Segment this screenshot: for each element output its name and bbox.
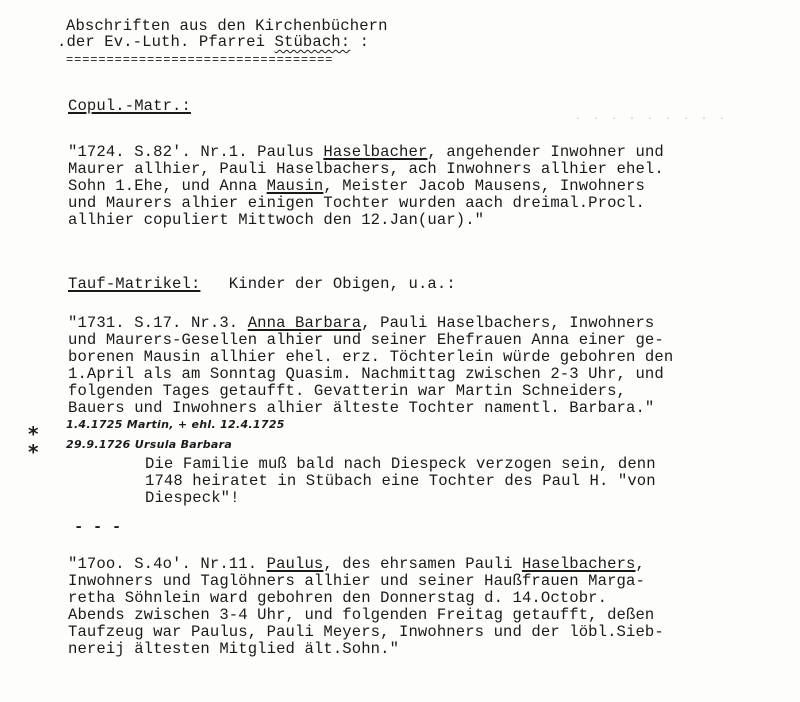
name-paulus: Paulus [267,555,324,573]
remark-line2: 1748 heiratet in Stübach eine Tochter de… [145,473,656,490]
parish-name: Stübach: [275,33,351,51]
text-fragment: , des ehrsamen Pauli [323,555,522,573]
surname-haselbachers: Haselbachers [522,555,636,573]
copul-entry-line5: allhier copuliert Mittwoch den 12.Jan(ua… [68,212,484,229]
title-prefix: .der Ev.-Luth. Pfarrei [57,33,275,51]
tauf-entry1-line4: 1.April als am Sonntag Quasim. Nachmitta… [68,366,664,383]
tauf-entry1-line5: folgenden Tages getaufft. Gevatterin war… [68,383,626,400]
text-fragment: Sohn 1.Ehe, und Anna [68,177,267,195]
copul-heading: Copul.-Matr.: [68,98,191,115]
header-double-rule: ================================= [66,52,333,69]
remark-line1: Die Familie muß bald nach Diespeck verzo… [145,456,656,473]
tauf-entry2-line2: Inwohners und Taglöhners allhier und sei… [68,573,645,590]
tauf-heading: Tauf-Matrikel: [68,275,200,293]
tauf-entry2-line3: retha Söhnlein ward gebohren den Donners… [68,590,607,607]
text-fragment: , angehender Inwohner und [427,143,663,161]
tauf-entry1-line2: und Maurers-Gesellen alhier und seiner E… [68,332,664,349]
title-suffix: : [350,33,369,51]
asterisk-mark: * [28,442,38,462]
text-fragment: "1724. S.82'. Nr.1. Paulus [68,143,323,161]
document-title-line2: .der Ev.-Luth. Pfarrei Stübach: : [57,34,369,51]
tauf-heading-line: Tauf-Matrikel: Kinder der Obigen, u.a.: [68,276,456,293]
text-fragment: , [636,555,645,573]
tauf-entry1-line1: "1731. S.17. Nr.3. Anna Barbara, Pauli H… [68,315,654,332]
tauf-entry1-line3: borenen Mausin allhier ehel. erz. Töchte… [68,349,673,366]
tauf-entry2-line5: Taufzeug war Paulus, Pauli Meyers, Inwoh… [68,624,664,641]
tauf-entry1-line6: Bauers und Inwohners alhier älteste Toch… [68,400,654,417]
copul-entry-line3: Sohn 1.Ehe, und Anna Mausin, Meister Jac… [68,178,645,195]
tauf-entry2-line1: "17oo. S.4o'. Nr.11. Paulus, des ehrsame… [68,556,645,573]
scan-specks: . . . . . . . . . [575,112,728,123]
text-fragment: "1731. S.17. Nr.3. [68,314,248,332]
text-fragment: , Pauli Haselbachers, Inwohners [361,314,654,332]
handwritten-note-1: 1.4.1725 Martin, + ehl. 12.4.1725 [66,418,285,431]
copul-entry-line4: und Maurers alhier einigen Tochter wurde… [68,195,645,212]
copul-entry-line2: Maurer allhier, Pauli Haselbachers, ach … [68,161,664,178]
tauf-entry2-line4: Abends zwischen 3-4 Uhr, und folgenden F… [68,607,654,624]
document-page: Abschriften aus den Kirchenbüchern .der … [0,0,800,702]
tauf-subheading: Kinder der Obigen, u.a.: [200,275,455,293]
text-fragment: , Meister Jacob Mausens, Inwohners [323,177,645,195]
surname-mausin: Mausin [267,177,324,195]
tauf-entry2-line6: nereij ältesten Mitglied ält.Sohn." [68,641,399,658]
handwritten-note-2: 29.9.1726 Ursula Barbara [66,438,232,451]
name-anna-barbara: Anna Barbara [248,314,362,332]
surname-haselbacher: Haselbacher [323,143,427,161]
copul-entry-line1: "1724. S.82'. Nr.1. Paulus Haselbacher, … [68,144,664,161]
section-separator: - - - [74,519,121,536]
text-fragment: "17oo. S.4o'. Nr.11. [68,555,267,573]
remark-line3: Diespeck"! [145,490,240,507]
